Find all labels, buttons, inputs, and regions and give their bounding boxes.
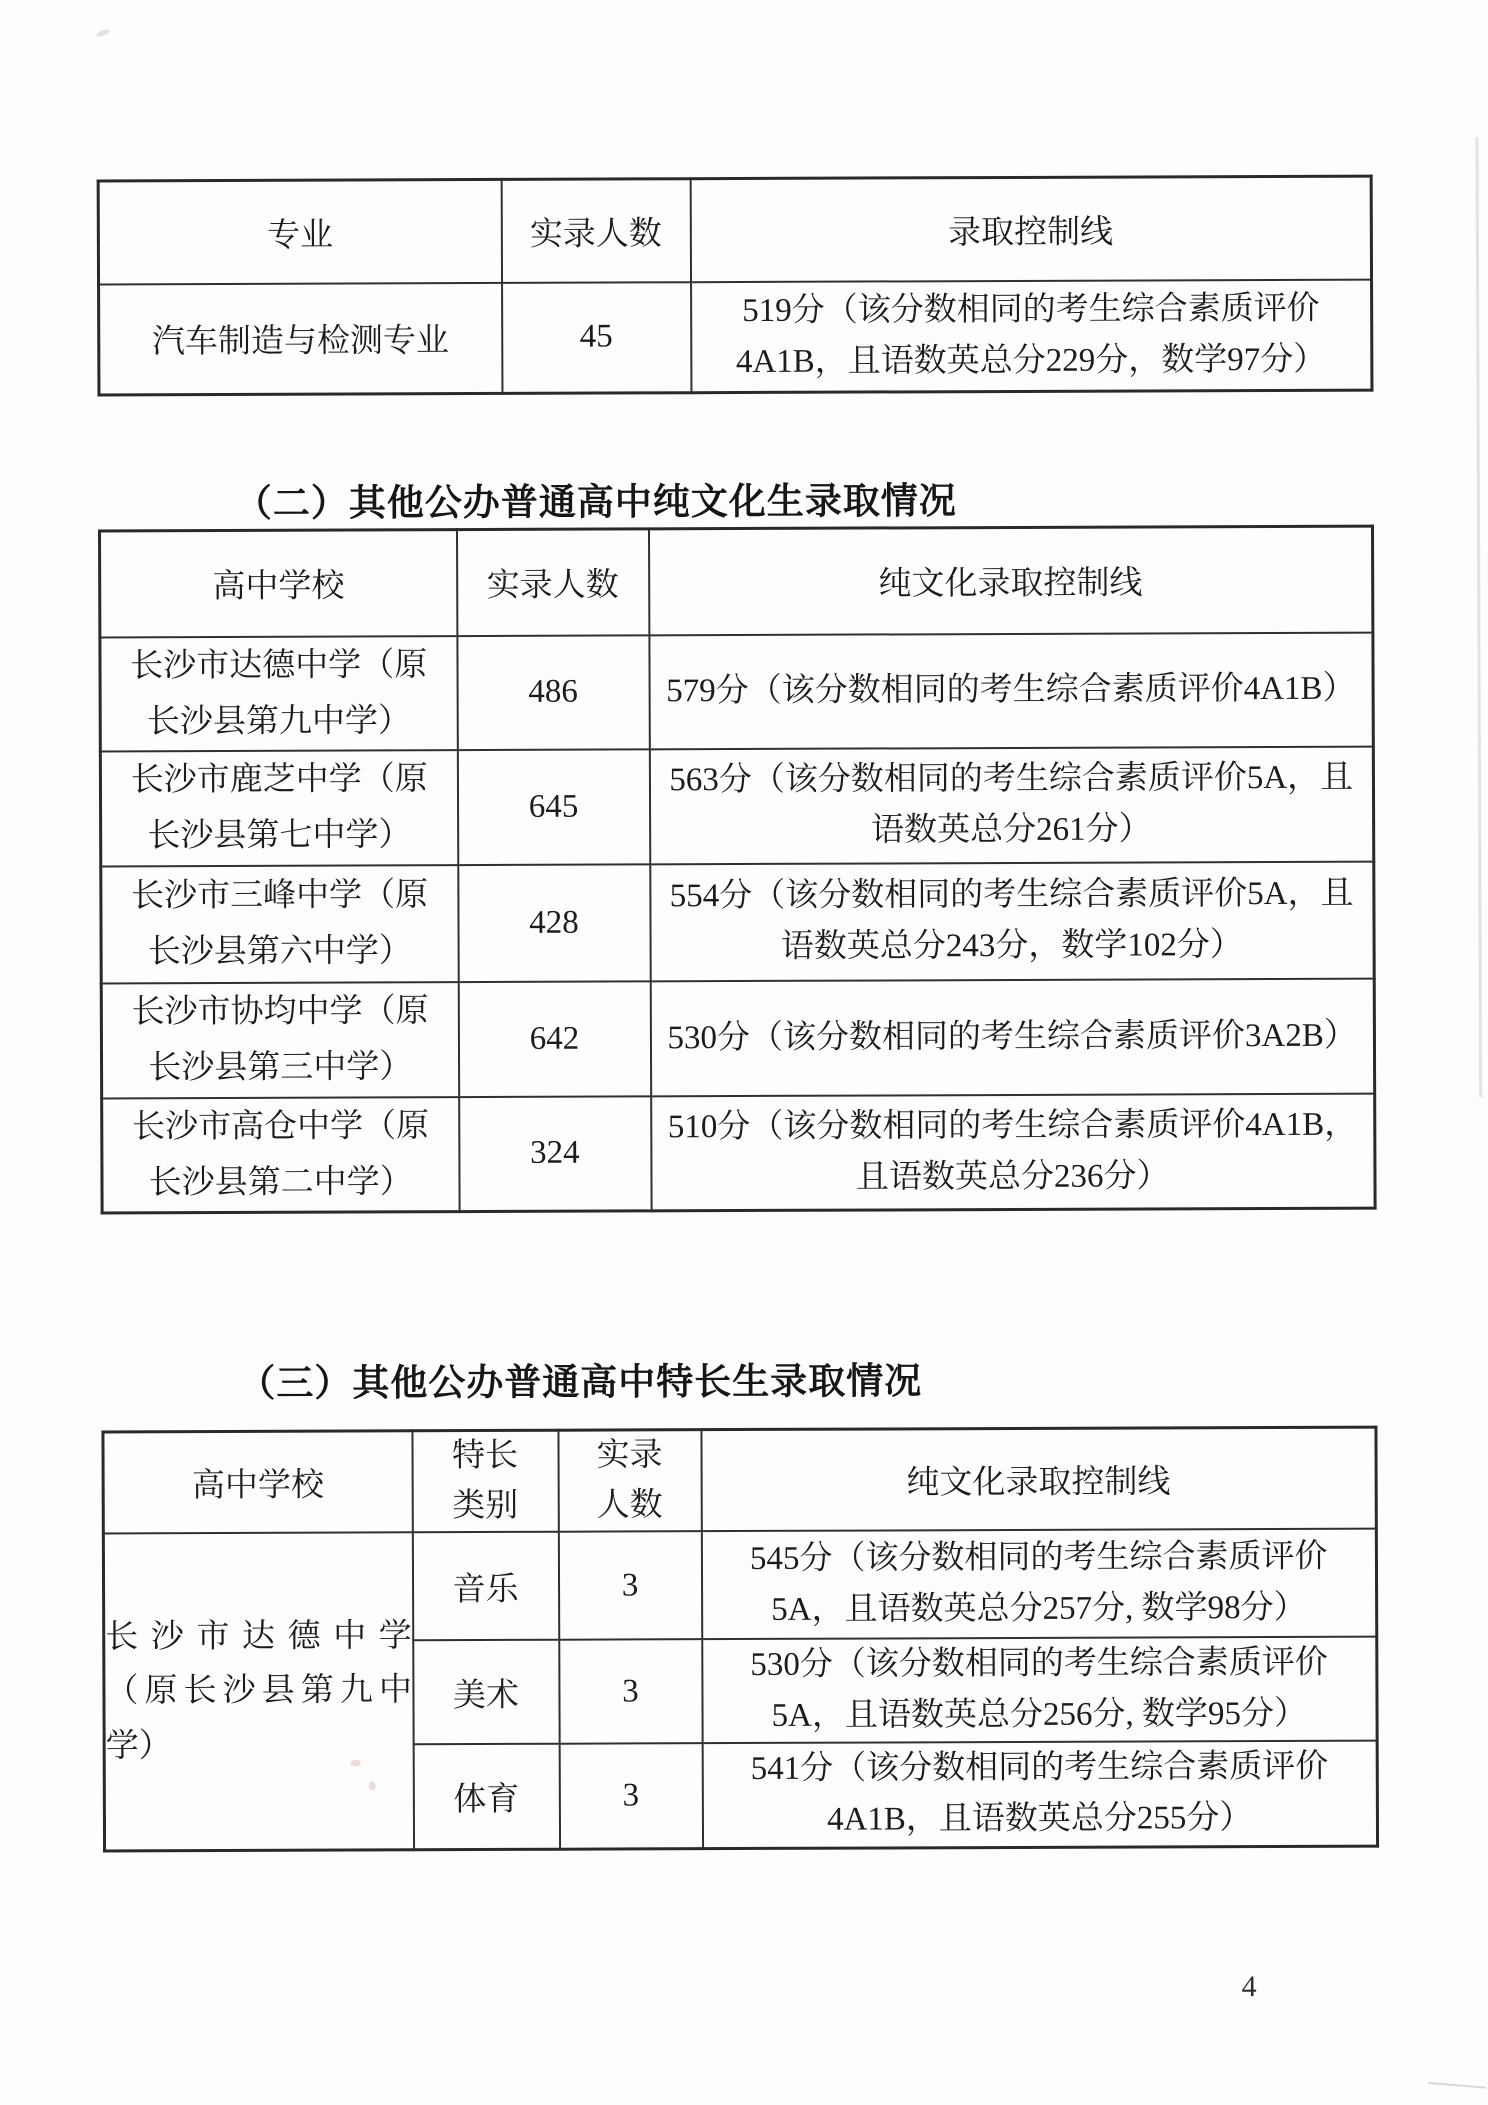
section-heading-talent: （三）其他公办普通高中特长生录取情况 (238, 1359, 922, 1406)
table-row: 长沙市协均中学（原 长沙县第三中学） 642 530分（该分数相同的考生综合素质… (101, 978, 1374, 1098)
scan-smudge (96, 28, 111, 38)
count-cell: 3 (558, 1531, 701, 1640)
table-header-row: 专业 实录人数 录取控制线 (98, 176, 1371, 284)
count-cell: 3 (559, 1743, 702, 1848)
control-line-cell: 563分（该分数相同的考生综合素质评价5A，且 语数英总分261分） (649, 746, 1373, 864)
control-line-cell: 530分（该分数相同的考生综合素质评价 5A，且语数英总分256分, 数学95分… (702, 1637, 1377, 1744)
table-row: 长沙市达德中学（原 长沙县第九中学） 486 579分（该分数相同的考生综合素质… (100, 632, 1373, 751)
table-row: 长沙市鹿芝中学（原 长沙县第七中学） 645 563分（该分数相同的考生综合素质… (100, 746, 1373, 866)
major-admission-table: 专业 实录人数 录取控制线 汽车制造与检测专业 45 519分（该分数相同的考生… (97, 175, 1374, 397)
control-line-cell: 579分（该分数相同的考生综合素质评价4A1B） (649, 632, 1373, 749)
col-header-talent-category: 特长 类别 (412, 1430, 558, 1532)
table-row: 长沙市达德中学（原长沙县第九中学） 音乐 3 545分（该分数相同的考生综合素质… (103, 1529, 1376, 1642)
culture-admission-table: 高中学校 实录人数 纯文化录取控制线 长沙市达德中学（原 长沙县第九中学） 48… (98, 525, 1377, 1215)
control-line-cell: 530分（该分数相同的考生综合素质评价3A2B） (650, 978, 1374, 1096)
talent-admission-table: 高中学校 特长 类别 实录 人数 纯文化录取控制线 长沙市达德中学（原长沙县第九… (101, 1426, 1379, 1852)
col-header-control-line: 纯文化录取控制线 (701, 1427, 1376, 1531)
col-header-school: 高中学校 (99, 530, 456, 637)
category-cell: 音乐 (412, 1532, 558, 1641)
count-cell: 45 (502, 282, 691, 394)
scan-edge-line (1475, 137, 1482, 1097)
count-cell: 3 (559, 1639, 702, 1744)
col-header-count: 实录人数 (501, 179, 690, 283)
school-cell: 长沙市鹿芝中学（原 长沙县第七中学） (100, 750, 457, 866)
table-row: 长沙市三峰中学（原 长沙县第六中学） 428 554分（该分数相同的考生综合素质… (101, 861, 1374, 983)
school-cell: 长沙市协均中学（原 长沙县第三中学） (101, 982, 458, 1098)
table-header-row: 高中学校 特长 类别 实录 人数 纯文化录取控制线 (103, 1427, 1376, 1533)
control-line-cell: 510分（该分数相同的考生综合素质评价4A1B， 且语数英总分236分） (651, 1093, 1375, 1210)
table-row: 长沙市高仓中学（原 长沙县第二中学） 324 510分（该分数相同的考生综合素质… (102, 1093, 1375, 1213)
col-header-control-line: 纯文化录取控制线 (648, 526, 1372, 635)
col-header-count: 实录 人数 (558, 1430, 701, 1532)
category-cell: 体育 (413, 1744, 559, 1849)
table-header-row: 高中学校 实录人数 纯文化录取控制线 (99, 526, 1372, 637)
count-cell: 428 (458, 864, 650, 982)
col-header-count: 实录人数 (456, 529, 648, 636)
category-cell: 美术 (413, 1640, 559, 1745)
control-line-cell: 519分（该分数相同的考生综合素质评价 4A1B，且语数英总分229分，数学97… (691, 279, 1372, 393)
col-header-control-line: 录取控制线 (690, 176, 1371, 282)
page-number: 4 (1242, 1970, 1257, 2004)
count-cell: 486 (457, 635, 649, 750)
scan-corner-mark (1428, 2082, 1486, 2089)
scan-smudge (369, 1781, 376, 1790)
count-cell: 645 (457, 749, 649, 865)
scanned-document-page: 专业 实录人数 录取控制线 汽车制造与检测专业 45 519分（该分数相同的考生… (0, 0, 1488, 2105)
control-line-cell: 554分（该分数相同的考生综合素质评价5A，且 语数英总分243分，数学102分… (650, 861, 1374, 981)
section-heading-culture: （二）其他公办普通高中纯文化生录取情况 (235, 479, 957, 526)
table-row: 汽车制造与检测专业 45 519分（该分数相同的考生综合素质评价 4A1B，且语… (99, 279, 1372, 395)
count-cell: 642 (458, 981, 650, 1097)
school-cell: 长沙市达德中学（原长沙县第九中学） (103, 1532, 413, 1850)
major-cell: 汽车制造与检测专业 (99, 282, 502, 395)
scan-smudge (351, 1759, 361, 1766)
col-header-school: 高中学校 (103, 1431, 412, 1534)
control-line-cell: 541分（该分数相同的考生综合素质评价 4A1B，且语数英总分255分） (702, 1741, 1377, 1848)
control-line-cell: 545分（该分数相同的考生综合素质评价 5A，且语数英总分257分, 数学98分… (701, 1529, 1376, 1640)
school-cell: 长沙市高仓中学（原 长沙县第二中学） (102, 1097, 459, 1213)
col-header-major: 专业 (98, 179, 501, 284)
school-cell: 长沙市达德中学（原 长沙县第九中学） (100, 636, 457, 752)
count-cell: 324 (459, 1096, 651, 1211)
school-cell: 长沙市三峰中学（原 长沙县第六中学） (101, 865, 458, 983)
page-sheet: 专业 实录人数 录取控制线 汽车制造与检测专业 45 519分（该分数相同的考生… (0, 0, 1488, 2105)
